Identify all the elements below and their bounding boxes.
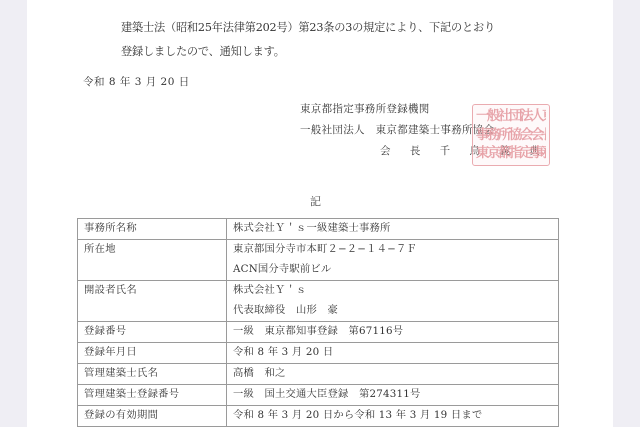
row-value: 株式会社Ｙ＇ｓ一級建築士事務所 [227, 219, 559, 240]
issue-date: 令和 8 年 3 月 20 日 [83, 74, 190, 89]
row-label: 登録年月日 [78, 343, 227, 364]
value-line: 一級 東京都知事登録 第67116号 [233, 322, 552, 342]
value-line: 東京都国分寺市本町２−２−１４−７Ｆ [233, 240, 552, 260]
table-row: 登録年月日 令和 8 年 3 月 20 日 [78, 343, 559, 364]
value-line: 高橋 和之 [233, 364, 552, 384]
table-row: 事務所名称 株式会社Ｙ＇ｓ一級建築士事務所 [78, 219, 559, 240]
value-line: 令和 8 年 3 月 20 日 [233, 343, 552, 363]
table-row: 所在地 東京都国分寺市本町２−２−１４−７Ｆ ACN国分寺駅前ビル [78, 240, 559, 281]
row-label: 管理建築士氏名 [78, 364, 227, 385]
issuer-line-1: 東京都指定事務所登録機関 [300, 101, 430, 116]
document-page: 建築士法（昭和25年法律第202号）第23条の3の規定により、下記のとおり 登録… [27, 0, 613, 427]
row-value: 東京都国分寺市本町２−２−１４−７Ｆ ACN国分寺駅前ビル [227, 240, 559, 281]
value-line: ACN国分寺駅前ビル [233, 260, 552, 280]
table-row: 登録の有効期間 令和 8 年 3 月 20 日から令和 13 年 3 月 19 … [78, 406, 559, 427]
table-row: 開設者氏名 株式会社Ｙ＇ｓ 代表取締役 山形 豪 [78, 281, 559, 322]
table-row: 登録番号 一級 東京都知事登録 第67116号 [78, 322, 559, 343]
row-label: 開設者氏名 [78, 281, 227, 322]
seal-text-row: 一般社団法人東京都建築士 [476, 107, 546, 126]
intro-text-line-2: 登録しましたので、通知します。 [121, 43, 285, 59]
row-label: 所在地 [78, 240, 227, 281]
value-line: 代表取締役 山形 豪 [233, 301, 552, 321]
value-line: 一級 国土交通大臣登録 第274311号 [233, 385, 552, 405]
table-row: 管理建築士氏名 高橋 和之 [78, 364, 559, 385]
value-line: 令和 8 年 3 月 20 日から令和 13 年 3 月 19 日まで [233, 406, 552, 426]
row-label: 管理建築士登録番号 [78, 385, 227, 406]
row-value: 高橋 和之 [227, 364, 559, 385]
seal-text-row: 東京都指定事務所登録 [476, 144, 546, 163]
value-line: 株式会社Ｙ＇ｓ一級建築士事務所 [233, 219, 552, 239]
row-label: 登録の有効期間 [78, 406, 227, 427]
row-label: 登録番号 [78, 322, 227, 343]
row-label: 事務所名称 [78, 219, 227, 240]
row-value: 株式会社Ｙ＇ｓ 代表取締役 山形 豪 [227, 281, 559, 322]
row-value: 一級 東京都知事登録 第67116号 [227, 322, 559, 343]
seal-text-row: 事務所協会会長印 [476, 126, 546, 145]
row-value: 令和 8 年 3 月 20 日から令和 13 年 3 月 19 日まで [227, 406, 559, 427]
row-value: 令和 8 年 3 月 20 日 [227, 343, 559, 364]
table-row: 管理建築士登録番号 一級 国土交通大臣登録 第274311号 [78, 385, 559, 406]
registration-table: 事務所名称 株式会社Ｙ＇ｓ一級建築士事務所 所在地 東京都国分寺市本町２−２−１… [77, 218, 559, 427]
official-seal-stamp: 一般社団法人東京都建築士 事務所協会会長印 東京都指定事務所登録 [472, 104, 550, 166]
intro-text-line-1: 建築士法（昭和25年法律第202号）第23条の3の規定により、下記のとおり [121, 19, 495, 35]
ki-heading: 記 [310, 193, 321, 209]
row-value: 一級 国土交通大臣登録 第274311号 [227, 385, 559, 406]
issuer-line-2: 一般社団法人 東京都建築士事務所協会 [300, 122, 494, 137]
value-line: 株式会社Ｙ＇ｓ [233, 281, 552, 301]
